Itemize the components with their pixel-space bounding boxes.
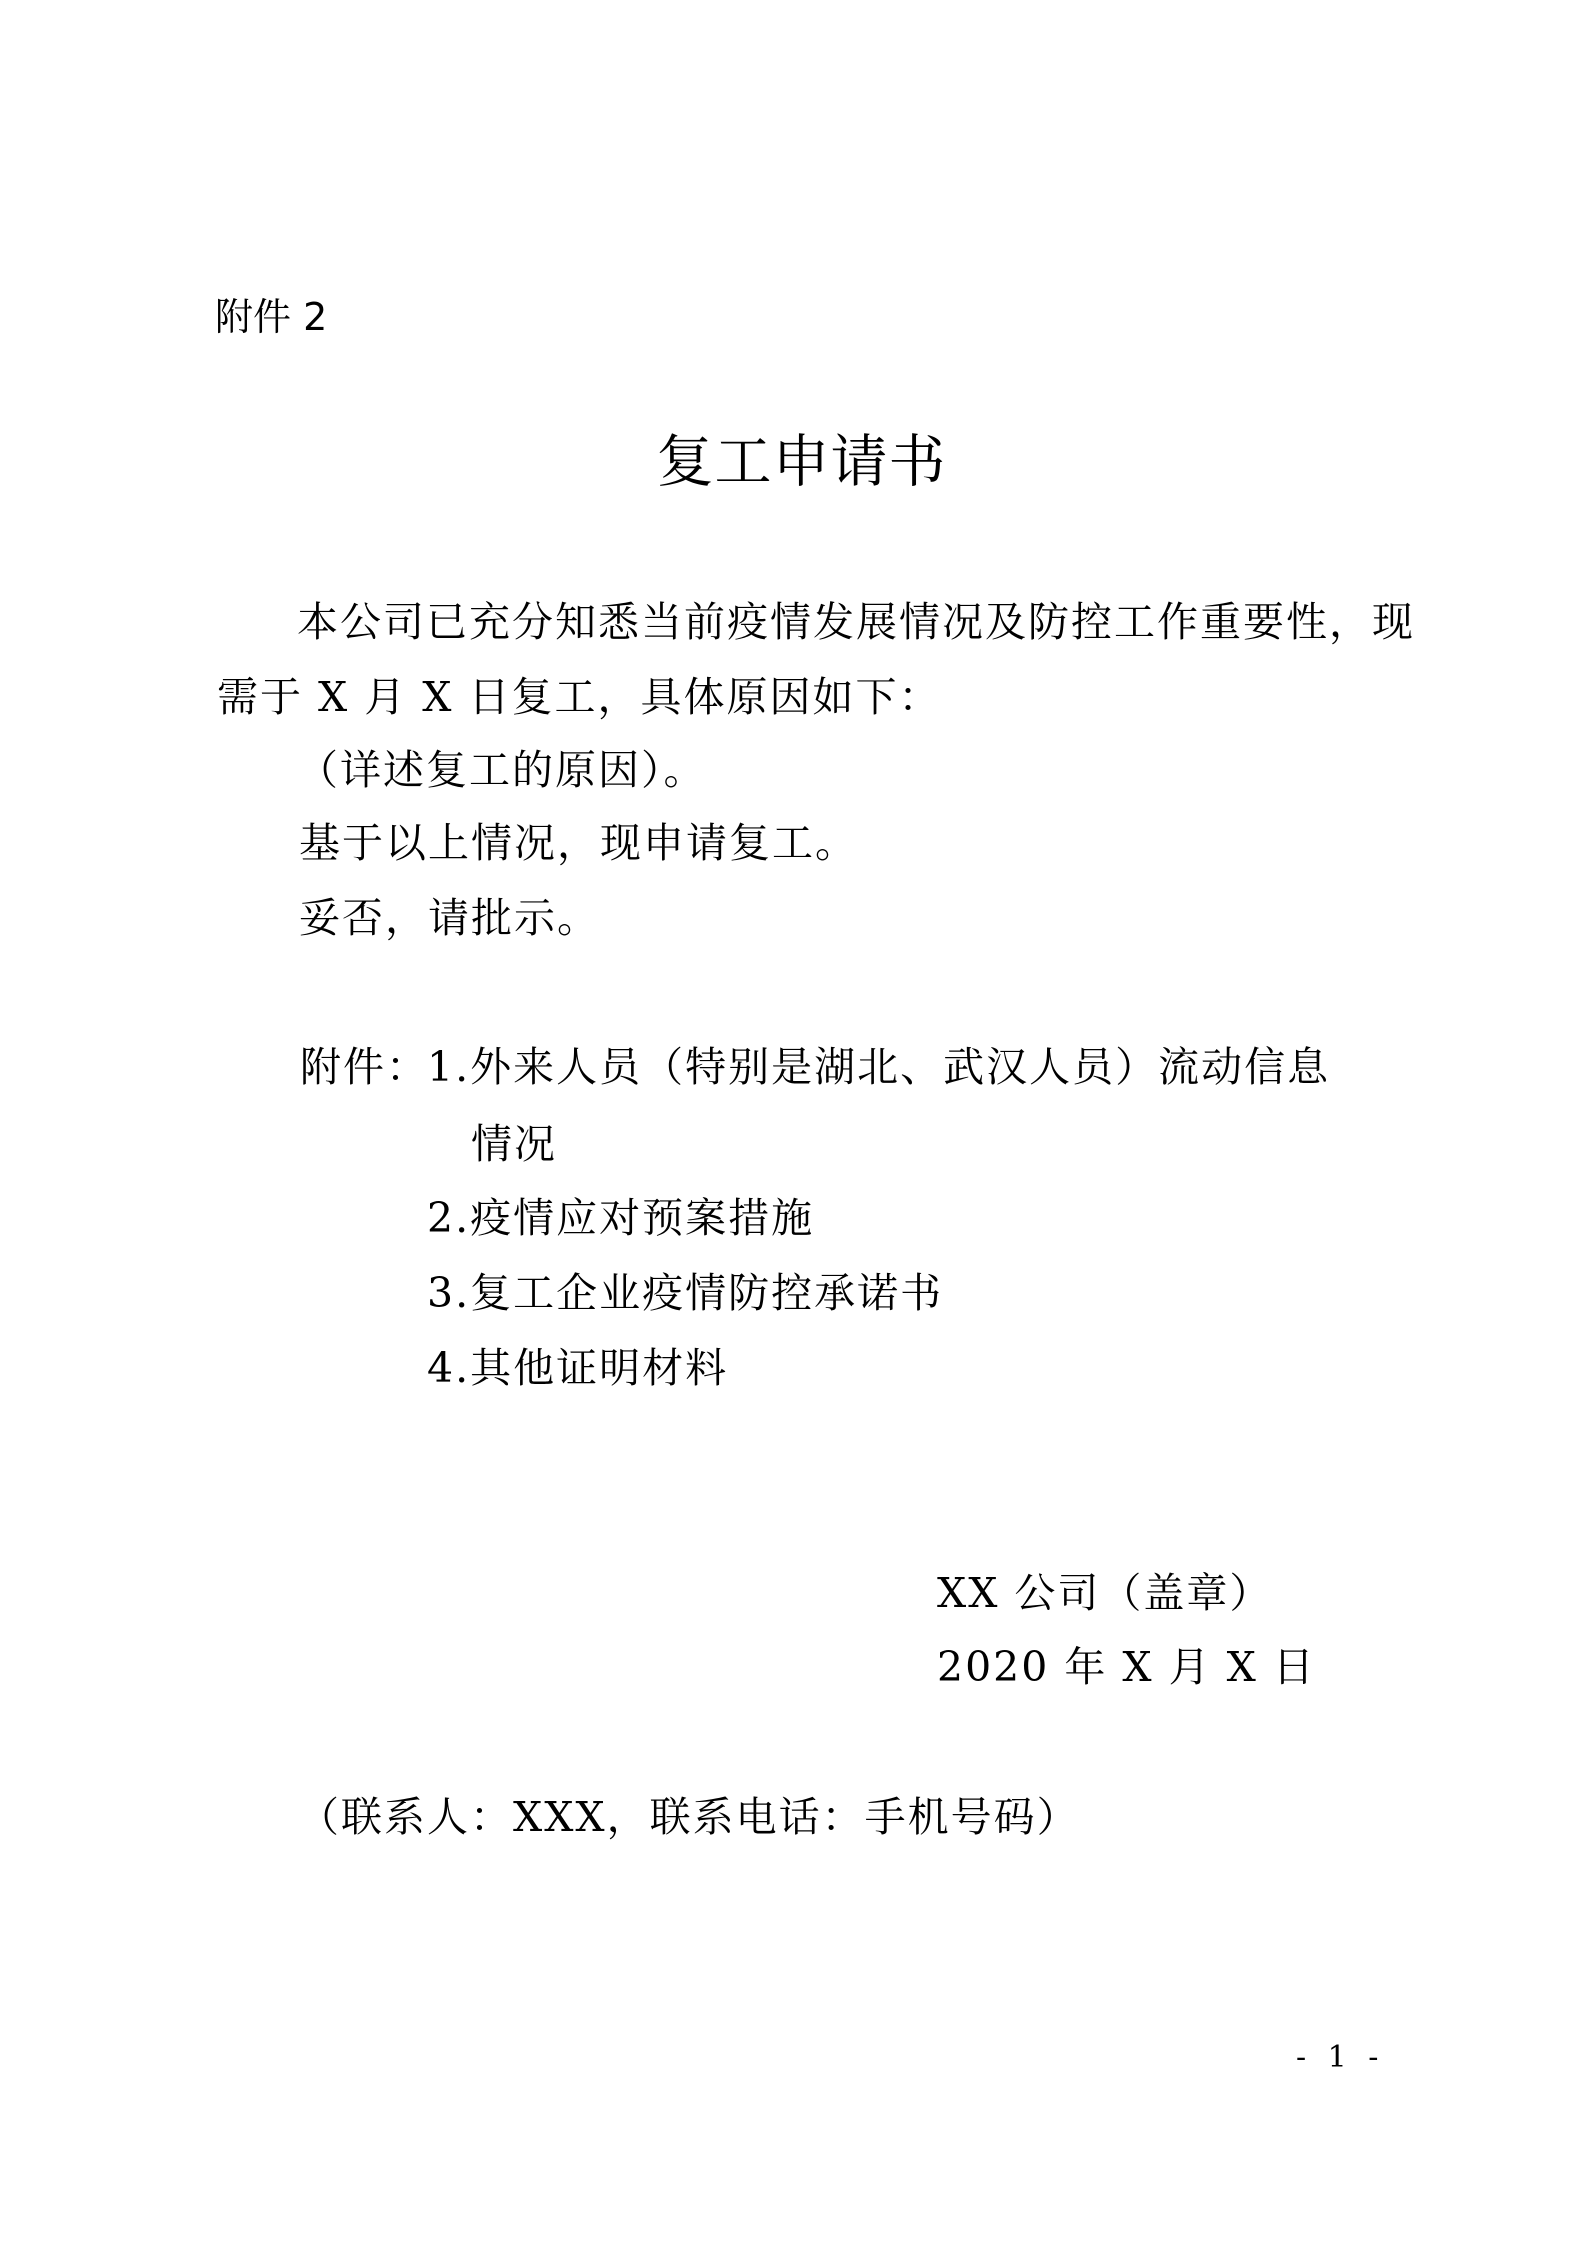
attachment-number: 4. — [427, 1344, 470, 1392]
body-line-request: 基于以上情况，现申请复工。 — [299, 823, 858, 864]
body-line-approval: 妥否，请批示。 — [299, 898, 600, 939]
attachment-number: 2. — [427, 1194, 470, 1242]
attachment-text-continuation: 情况 — [471, 1124, 557, 1165]
attachment-text: 外来人员（特别是湖北、武汉人员）流动信息 — [470, 1043, 1330, 1091]
signature-company: XX 公司（盖章） — [937, 1573, 1272, 1614]
document-page: 附件 2 复工申请书 本公司已充分知悉当前疫情发展情况及防控工作重要性，现 需于… — [0, 0, 1587, 2245]
attachment-number: 1. — [427, 1043, 470, 1091]
attachment-item: 4.其他证明材料 — [427, 1348, 728, 1389]
attachment-item: 1.外来人员（特别是湖北、武汉人员）流动信息 — [427, 1047, 1330, 1088]
body-line-date-reason: 需于 X 月 X 日复工，具体原因如下： — [217, 677, 942, 718]
attachment-text: 其他证明材料 — [470, 1344, 728, 1392]
attachment-item: 2.疫情应对预案措施 — [427, 1198, 814, 1239]
signature-date: 2020 年 X 月 X 日 — [937, 1647, 1316, 1688]
contact-info: （联系人：XXX，联系电话：手机号码） — [298, 1797, 1080, 1838]
page-title: 复工申请书 — [0, 434, 1587, 491]
body-line-reason-placeholder: （详述复工的原因）。 — [297, 750, 707, 791]
attachment-text: 复工企业疫情防控承诺书 — [470, 1269, 943, 1317]
attachment-text: 疫情应对预案措施 — [470, 1194, 814, 1242]
attachment-number: 3. — [427, 1269, 470, 1317]
attachment-label: 附件 2 — [215, 298, 327, 336]
attachment-item: 3.复工企业疫情防控承诺书 — [427, 1273, 943, 1314]
page-number: - 1 - — [1296, 2043, 1384, 2073]
attachments-prefix: 附件： — [300, 1047, 429, 1088]
body-line-intro: 本公司已充分知悉当前疫情发展情况及防控工作重要性，现 — [297, 602, 1415, 643]
